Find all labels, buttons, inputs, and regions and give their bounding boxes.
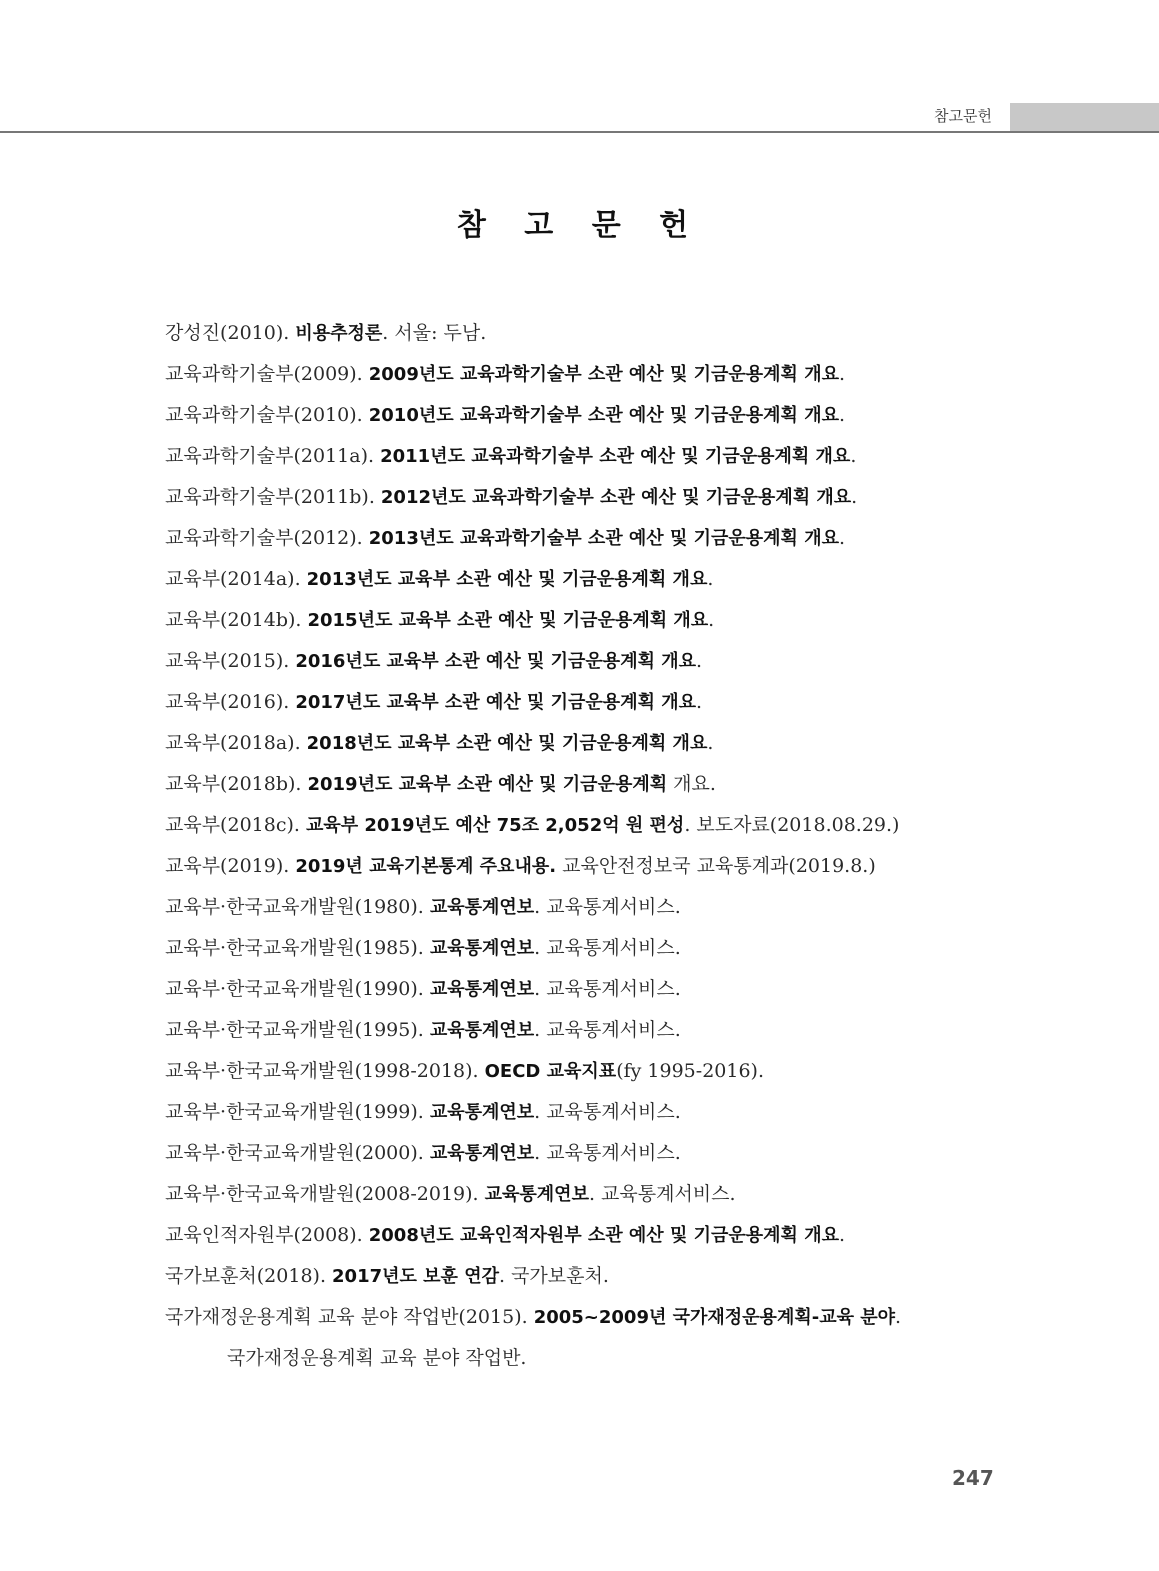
reference-item: 교육부·한국교육개발원(1999). 교육통계연보. 교육통계서비스. xyxy=(165,1092,1005,1133)
reference-item: 교육부(2014b). 2015년도 교육부 소관 예산 및 기금운용계획 개요… xyxy=(165,600,1005,641)
reference-details: . 교육통계서비스. xyxy=(534,896,681,918)
running-header-title: 참고문헌 xyxy=(934,105,992,126)
header-rule xyxy=(0,131,1159,133)
reference-item: 교육부·한국교육개발원(2000). 교육통계연보. 교육통계서비스. xyxy=(165,1133,1005,1174)
reference-item: 국가재정운용계획 교육 분야 작업반(2015). 2005~2009년 국가재… xyxy=(165,1297,1005,1338)
reference-details: 국가재정운용계획 교육 분야 작업반. xyxy=(227,1347,526,1369)
reference-item: 강성진(2010). 비용추정론. 서울: 두남. xyxy=(165,313,1005,354)
reference-title: 교육통계연보 xyxy=(485,1184,589,1205)
reference-title: 2019년도 교육부 소관 예산 및 기금운용계획 xyxy=(307,774,667,795)
reference-author: 교육부(2014a). xyxy=(165,568,307,590)
reference-title: 교육통계연보 xyxy=(430,979,534,1000)
reference-item: 교육부(2015). 2016년도 교육부 소관 예산 및 기금운용계획 개요. xyxy=(165,641,1005,682)
reference-details: . xyxy=(850,445,856,467)
reference-author: 교육과학기술부(2011b). xyxy=(165,486,381,508)
reference-author: 국가보훈처(2018). xyxy=(165,1265,332,1287)
reference-details: . xyxy=(707,568,713,590)
reference-title: 교육통계연보 xyxy=(430,1102,534,1123)
reference-details: . 교육통계서비스. xyxy=(534,937,681,959)
reference-author: 교육부·한국교육개발원(1980). xyxy=(165,896,430,918)
reference-details: . 교육통계서비스. xyxy=(534,978,681,1000)
header-tab-block xyxy=(1010,103,1159,131)
reference-author: 교육부·한국교육개발원(2008-2019). xyxy=(165,1183,485,1205)
reference-details: . 교육통계서비스. xyxy=(534,1101,681,1123)
reference-title: 비용추정론 xyxy=(295,323,382,344)
reference-details: . 교육통계서비스. xyxy=(534,1142,681,1164)
reference-title: OECD 교육지표 xyxy=(485,1061,617,1082)
reference-author: 강성진(2010). xyxy=(165,322,295,344)
reference-details: . xyxy=(696,691,702,713)
reference-title: 2019년 교육기본통계 주요내용. xyxy=(295,856,556,877)
reference-item: 교육부·한국교육개발원(1998-2018). OECD 교육지표(fy 199… xyxy=(165,1051,1005,1092)
running-header: 참고문헌 xyxy=(0,103,1159,133)
reference-title: 교육통계연보 xyxy=(430,938,534,959)
reference-author: 교육과학기술부(2011a). xyxy=(165,445,380,467)
reference-details: . 교육통계서비스. xyxy=(589,1183,736,1205)
reference-title: 2017년도 보훈 연감 xyxy=(332,1266,499,1287)
reference-author: 국가재정운용계획 교육 분야 작업반(2015). xyxy=(165,1306,534,1328)
reference-item: 교육부·한국교육개발원(1980). 교육통계연보. 교육통계서비스. xyxy=(165,887,1005,928)
reference-details: . xyxy=(839,527,845,549)
reference-item: 교육인적자원부(2008). 2008년도 교육인적자원부 소관 예산 및 기금… xyxy=(165,1215,1005,1256)
reference-author: 교육부(2019). xyxy=(165,855,295,877)
reference-item: 교육부(2014a). 2013년도 교육부 소관 예산 및 기금운용계획 개요… xyxy=(165,559,1005,600)
reference-item: 교육부(2018c). 교육부 2019년도 예산 75조 2,052억 원 편… xyxy=(165,805,1005,846)
reference-author: 교육부·한국교육개발원(1985). xyxy=(165,937,430,959)
reference-item: 교육부·한국교육개발원(1990). 교육통계연보. 교육통계서비스. xyxy=(165,969,1005,1010)
reference-title: 2005~2009년 국가재정운용계획-교육 분야 xyxy=(534,1307,895,1328)
reference-item: 교육과학기술부(2011b). 2012년도 교육과학기술부 소관 예산 및 기… xyxy=(165,477,1005,518)
reference-details: . xyxy=(708,609,714,631)
reference-author: 교육부·한국교육개발원(1998-2018). xyxy=(165,1060,485,1082)
reference-item: 교육부(2016). 2017년도 교육부 소관 예산 및 기금운용계획 개요. xyxy=(165,682,1005,723)
reference-item: 교육부·한국교육개발원(1995). 교육통계연보. 교육통계서비스. xyxy=(165,1010,1005,1051)
reference-item: 교육과학기술부(2010). 2010년도 교육과학기술부 소관 예산 및 기금… xyxy=(165,395,1005,436)
reference-author: 교육인적자원부(2008). xyxy=(165,1224,369,1246)
reference-title: 2017년도 교육부 소관 예산 및 기금운용계획 개요 xyxy=(295,692,696,713)
reference-title: 2008년도 교육인적자원부 소관 예산 및 기금운용계획 개요 xyxy=(369,1225,839,1246)
reference-title: 2018년도 교육부 소관 예산 및 기금운용계획 개요 xyxy=(307,733,708,754)
reference-item: 교육과학기술부(2009). 2009년도 교육과학기술부 소관 예산 및 기금… xyxy=(165,354,1005,395)
reference-title: 2010년도 교육과학기술부 소관 예산 및 기금운용계획 개요 xyxy=(369,405,839,426)
reference-details: . 교육통계서비스. xyxy=(534,1019,681,1041)
reference-author: 교육부(2014b). xyxy=(165,609,307,631)
reference-title: 교육통계연보 xyxy=(430,1143,534,1164)
reference-list: 강성진(2010). 비용추정론. 서울: 두남.교육과학기술부(2009). … xyxy=(165,313,1005,1379)
reference-details: (fy 1995-2016). xyxy=(616,1060,764,1082)
reference-author: 교육과학기술부(2012). xyxy=(165,527,369,549)
reference-author: 교육부(2018a). xyxy=(165,732,307,754)
reference-title: 2013년도 교육부 소관 예산 및 기금운용계획 개요 xyxy=(307,569,708,590)
reference-details: . 서울: 두남. xyxy=(382,322,486,344)
reference-title: 2011년도 교육과학기술부 소관 예산 및 기금운용계획 개요 xyxy=(380,446,850,467)
reference-item: 교육부·한국교육개발원(1985). 교육통계연보. 교육통계서비스. xyxy=(165,928,1005,969)
reference-author: 교육부·한국교육개발원(1995). xyxy=(165,1019,430,1041)
page-number: 247 xyxy=(952,1466,994,1490)
reference-title: 교육통계연보 xyxy=(430,897,534,918)
reference-title: 2013년도 교육과학기술부 소관 예산 및 기금운용계획 개요 xyxy=(369,528,839,549)
reference-details: 교육안전정보국 교육통계과(2019.8.) xyxy=(556,855,876,877)
reference-title: 2009년도 교육과학기술부 소관 예산 및 기금운용계획 개요 xyxy=(369,364,839,385)
reference-item: 교육과학기술부(2011a). 2011년도 교육과학기술부 소관 예산 및 기… xyxy=(165,436,1005,477)
reference-author: 교육부·한국교육개발원(1999). xyxy=(165,1101,430,1123)
reference-details: . xyxy=(707,732,713,754)
reference-details: . xyxy=(839,1224,845,1246)
page-title: 참 고 문 헌 xyxy=(0,200,1159,244)
reference-author: 교육부(2015). xyxy=(165,650,295,672)
reference-item: 교육과학기술부(2012). 2013년도 교육과학기술부 소관 예산 및 기금… xyxy=(165,518,1005,559)
reference-details: . 국가보훈처. xyxy=(499,1265,609,1287)
reference-item: 국가보훈처(2018). 2017년도 보훈 연감. 국가보훈처. xyxy=(165,1256,1005,1297)
reference-title: 교육부 2019년도 예산 75조 2,052억 원 편성 xyxy=(306,815,684,836)
reference-title: 교육통계연보 xyxy=(430,1020,534,1041)
reference-details: . xyxy=(839,363,845,385)
reference-title: 2012년도 교육과학기술부 소관 예산 및 기금운용계획 개요 xyxy=(381,487,851,508)
reference-author: 교육부(2018b). xyxy=(165,773,307,795)
reference-author: 교육과학기술부(2010). xyxy=(165,404,369,426)
reference-author: 교육부·한국교육개발원(2000). xyxy=(165,1142,430,1164)
reference-author: 교육과학기술부(2009). xyxy=(165,363,369,385)
reference-details: . xyxy=(851,486,857,508)
reference-title: 2015년도 교육부 소관 예산 및 기금운용계획 개요 xyxy=(307,610,708,631)
reference-item: 교육부(2018a). 2018년도 교육부 소관 예산 및 기금운용계획 개요… xyxy=(165,723,1005,764)
reference-item: 교육부·한국교육개발원(2008-2019). 교육통계연보. 교육통계서비스. xyxy=(165,1174,1005,1215)
reference-author: 교육부(2016). xyxy=(165,691,295,713)
reference-continuation: 국가재정운용계획 교육 분야 작업반. xyxy=(165,1338,1005,1379)
reference-author: 교육부(2018c). xyxy=(165,814,306,836)
reference-details: . xyxy=(839,404,845,426)
reference-details: . xyxy=(696,650,702,672)
reference-item: 교육부(2019). 2019년 교육기본통계 주요내용. 교육안전정보국 교육… xyxy=(165,846,1005,887)
reference-item: 교육부(2018b). 2019년도 교육부 소관 예산 및 기금운용계획 개요… xyxy=(165,764,1005,805)
reference-details: . xyxy=(895,1306,901,1328)
reference-author: 교육부·한국교육개발원(1990). xyxy=(165,978,430,1000)
reference-details: . 보도자료(2018.08.29.) xyxy=(684,814,899,836)
reference-title: 2016년도 교육부 소관 예산 및 기금운용계획 개요 xyxy=(295,651,696,672)
reference-details: 개요. xyxy=(667,773,716,795)
